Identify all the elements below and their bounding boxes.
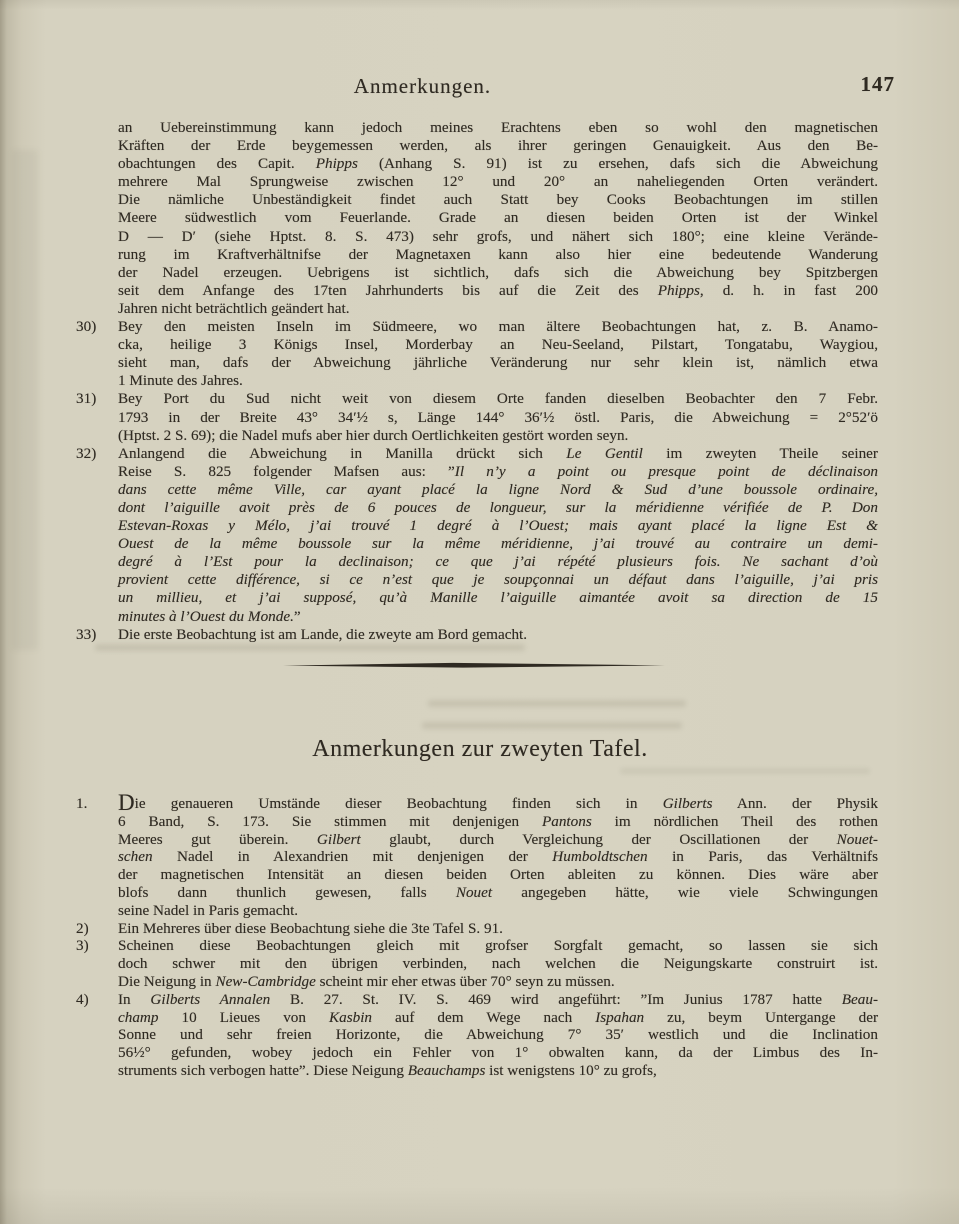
text-segment: D: [118, 790, 135, 815]
note-4: 4) In Gilberts Annalen B. 27. St. IV. S.…: [118, 991, 878, 1080]
text-segment: glaubt, durch Vergleichung der Oscillati…: [361, 831, 837, 848]
text-line: 6 Band, S. 173. Sie stimmen mit denjenig…: [118, 813, 878, 831]
text-segment: seine Nadel in Paris gemacht.: [118, 902, 298, 919]
text-segment: im nördlichen Theil des rothen: [592, 813, 878, 830]
italic-text: minutes à l’Ouest du Monde.: [118, 608, 294, 625]
text-segment: seit dem Anfange des 17ten Jahrhunderts …: [118, 282, 658, 299]
note-text: Bey den meisten Inseln im Südmeere, wo m…: [118, 318, 878, 390]
text-segment: rung im Kraftverhältnifse der Magnetaxen…: [118, 246, 878, 263]
text-line: degré à l’Est pour la declinaison; ce qu…: [118, 553, 878, 571]
text-segment: Anlangend die Abweichung in Manilla drüc…: [118, 445, 566, 462]
note-31: 31) Bey Port du Sud nicht weit von diese…: [118, 390, 878, 444]
text-line: Die erste Beobachtung ist am Lande, die …: [118, 626, 878, 644]
section-divider-rule: [283, 662, 665, 670]
text-segment: Kräften der Erde beygemessen werden, als…: [118, 137, 878, 154]
text-line: doch schwer mit den übrigen verbinden, n…: [118, 955, 878, 973]
show-through-smudge: [620, 768, 870, 774]
note-text: Scheinen diese Beobachtungen gleich mit …: [118, 937, 878, 990]
italic-text: provient cette différence, si ce n’est q…: [118, 571, 878, 588]
text-segment: angegeben hätte, wie viele Schwingungen: [492, 884, 878, 901]
text-segment: 1 Minute des Jahres.: [118, 372, 243, 389]
text-line: schen Nadel in Alexandrien mit denjenige…: [118, 848, 878, 866]
note-number: 32): [76, 445, 96, 463]
text-line: Meeres gut überein. Gilbert glaubt, durc…: [118, 831, 878, 849]
text-line: Ouest de la même boussole sur la même mé…: [118, 535, 878, 553]
italic-text: Phipps: [316, 155, 358, 172]
italic-text: Gilberts Annalen: [150, 991, 270, 1008]
text-line: mehrere Mal Sprungweise zwischen 12° und…: [118, 173, 878, 191]
text-segment: 1793 in der Breite 43° 34′½ s, Länge 144…: [118, 409, 878, 426]
text-line: (Hptst. 2 S. 69); die Nadel mufs aber hi…: [118, 427, 878, 445]
note-text: Ein Mehreres über diese Beobachtung sieh…: [118, 920, 878, 938]
text-line: Reise S. 825 folgender Mafsen aus: ”Il n…: [118, 463, 878, 481]
text-line: Bey Port du Sud nicht weit von diesem Or…: [118, 390, 878, 408]
italic-text: Il n’y a point ou presque point de décli…: [455, 463, 878, 480]
text-segment: der magnetischen Intensität an diesen be…: [118, 866, 878, 883]
text-line: Ein Mehreres über diese Beobachtung sieh…: [118, 920, 878, 938]
text-segment: Ein Mehreres über diese Beobachtung sieh…: [118, 920, 503, 937]
page-title: Anmerkungen.: [80, 74, 765, 99]
text-segment: auf dem Wege nach: [372, 1009, 595, 1026]
italic-text: un millieu, et j’ai supposé, qu’à Manill…: [118, 589, 878, 606]
italic-text: Ispahan: [595, 1009, 644, 1026]
text-segment: Die Neigung in: [118, 973, 215, 990]
italic-text: Phipps: [658, 282, 700, 299]
text-line: Die Neigung in New-Cambridge scheint mir…: [118, 973, 878, 991]
italic-text: Beau-: [842, 991, 878, 1008]
text-line: Kräften der Erde beygemessen werden, als…: [118, 137, 878, 155]
text-segment: Nadel in Alexandrien mit denjenigen der: [153, 848, 553, 865]
text-segment: mehrere Mal Sprungweise zwischen 12° und…: [118, 173, 878, 190]
italic-text: champ: [118, 1009, 159, 1026]
section-heading: Anmerkungen zur zweyten Tafel.: [80, 736, 880, 763]
note-number: 3): [76, 937, 89, 955]
text-line: In Gilberts Annalen B. 27. St. IV. S. 46…: [118, 991, 878, 1009]
text-line: un millieu, et j’ai supposé, qu’à Manill…: [118, 589, 878, 607]
text-segment: struments sich verbogen hatte”. Diese Ne…: [118, 1062, 408, 1079]
text-segment: cka, heilige 3 Königs Insel, Morderbay a…: [118, 336, 878, 353]
italic-text: dans cette même Ville, car ayant placé l…: [118, 481, 878, 498]
italic-text: Estevan-Roxas y Mélo, j’ai trouvé 1 degr…: [118, 517, 878, 534]
text-segment: Bey den meisten Inseln im Südmeere, wo m…: [118, 318, 878, 335]
italic-text: Gilberts: [663, 795, 713, 812]
italic-text: Pantons: [542, 813, 592, 830]
text-line: obachtungen des Capit. Phipps (Anhang S.…: [118, 155, 878, 173]
text-line: Estevan-Roxas y Mélo, j’ai trouvé 1 degr…: [118, 517, 878, 535]
text-segment: 6 Band, S. 173. Sie stimmen mit denjenig…: [118, 813, 542, 830]
text-line: der magnetischen Intensität an diesen be…: [118, 866, 878, 884]
italic-text: Le Gentil: [566, 445, 643, 462]
text-segment: ist wenigstens 10° zu grofs,: [485, 1062, 656, 1079]
note-2: 2) Ein Mehreres über diese Beobachtung s…: [118, 920, 878, 938]
italic-text: dont l’aiguille avoit près de 6 pouces d…: [118, 499, 878, 516]
show-through-smudge: [422, 722, 682, 729]
italic-text: Humboldtschen: [552, 848, 647, 865]
text-line: D — D′ (siehe Hptst. 8. S. 473) sehr gro…: [118, 228, 878, 246]
text-line: Scheinen diese Beobachtungen gleich mit …: [118, 937, 878, 955]
text-segment: Ann. der Physik: [713, 795, 879, 812]
text-line: Die nämliche Unbeständigkeit findet auch…: [118, 191, 878, 209]
text-line: 1793 in der Breite 43° 34′½ s, Länge 144…: [118, 409, 878, 427]
italic-text: Ouest de la même boussole sur la même mé…: [118, 535, 878, 552]
text-segment: ie genaueren Umstände dieser Beobachtung…: [135, 795, 663, 812]
note-text: Die erste Beobachtung ist am Lande, die …: [118, 626, 878, 644]
text-line: 56½° gefunden, wobey jedoch ein Fehler v…: [118, 1044, 878, 1062]
text-segment: blofs dann thunlich gewesen, falls: [118, 884, 456, 901]
text-segment: Reise S. 825 folgender Mafsen aus: ”: [118, 463, 455, 480]
text-segment: Die erste Beobachtung ist am Lande, die …: [118, 626, 527, 643]
text-line: dans cette même Ville, car ayant placé l…: [118, 481, 878, 499]
text-segment: Die nämliche Unbeständigkeit findet auch…: [118, 191, 878, 208]
italic-text: schen: [118, 848, 153, 865]
text-segment: obachtungen des Capit.: [118, 155, 316, 172]
text-line: minutes à l’Ouest du Monde.”: [118, 608, 878, 626]
italic-text: Kasbin: [329, 1009, 372, 1026]
show-through-smudge: [95, 644, 525, 651]
text-segment: Scheinen diese Beobachtungen gleich mit …: [118, 937, 878, 954]
text-segment: 10 Lieues von: [159, 1009, 329, 1026]
text-line: struments sich verbogen hatte”. Diese Ne…: [118, 1062, 878, 1080]
italic-text: Nouet: [456, 884, 492, 901]
text-segment: der Nadel erzeugen. Uebrigens ist sichtl…: [118, 264, 878, 281]
note-32: 32) Anlangend die Abweichung in Manilla …: [118, 445, 878, 626]
italic-text: Beauchamps: [408, 1062, 486, 1079]
note-number: 31): [76, 390, 96, 408]
text-segment: Meeres gut überein.: [118, 831, 317, 848]
note-text: Die genaueren Umstände dieser Beobachtun…: [118, 795, 878, 920]
note-3: 3) Scheinen diese Beobachtungen gleich m…: [118, 937, 878, 990]
text-line: seit dem Anfange des 17ten Jahrhunderts …: [118, 282, 878, 300]
note-number: 1.: [76, 795, 87, 813]
text-segment: an Uebereinstimmung kann jedoch meines E…: [118, 119, 878, 136]
text-segment: Jahren nicht beträchtlich geändert hat.: [118, 300, 350, 317]
italic-text: Gilbert: [317, 831, 361, 848]
text-segment: in Paris, das Verhältnifs: [648, 848, 878, 865]
page-number: 147: [861, 72, 896, 97]
text-line: Bey den meisten Inseln im Südmeere, wo m…: [118, 318, 878, 336]
text-segment: zu, beym Untergange der: [644, 1009, 878, 1026]
text-line: champ 10 Lieues von Kasbin auf dem Wege …: [118, 1009, 878, 1027]
book-page-scan: Anmerkungen. 147 an Uebereinstimmung kan…: [0, 0, 959, 1224]
notes-section-second: 1. Die genaueren Umstände dieser Beobach…: [118, 795, 878, 1080]
note-1: 1. Die genaueren Umstände dieser Beobach…: [118, 795, 878, 920]
text-line: Die genaueren Umstände dieser Beobachtun…: [118, 795, 878, 813]
notes-section-first: an Uebereinstimmung kann jedoch meines E…: [118, 119, 878, 644]
text-line: Meere südwestlich vom Feuerlande. Grade …: [118, 209, 878, 227]
text-segment: 56½° gefunden, wobey jedoch ein Fehler v…: [118, 1044, 878, 1061]
text-segment: (Hptst. 2 S. 69); die Nadel mufs aber hi…: [118, 427, 628, 444]
text-line: seine Nadel in Paris gemacht.: [118, 902, 878, 920]
text-segment: B. 27. St. IV. S. 469 wird angeführt: ”I…: [270, 991, 841, 1008]
text-segment: , d. h. in fast 200: [700, 282, 878, 299]
text-segment: Sonne und sehr freien Horizonte, die Abw…: [118, 1026, 878, 1043]
italic-text: New-Cambridge: [215, 973, 315, 990]
text-segment: In: [118, 991, 150, 1008]
note-number: 4): [76, 991, 89, 1009]
page-header: Anmerkungen. 147: [80, 74, 895, 104]
text-line: cka, heilige 3 Königs Insel, Morderbay a…: [118, 336, 878, 354]
text-segment: ”: [294, 608, 301, 625]
text-line: Jahren nicht beträchtlich geändert hat.: [118, 300, 878, 318]
text-line: sieht man, dafs der Abweichung jährliche…: [118, 354, 878, 372]
text-line: 1 Minute des Jahres.: [118, 372, 878, 390]
text-segment: im zweyten Theile seiner: [643, 445, 878, 462]
note-number: 30): [76, 318, 96, 336]
note-number: 33): [76, 626, 96, 644]
text-segment: sieht man, dafs der Abweichung jährliche…: [118, 354, 878, 371]
text-line: dont l’aiguille avoit près de 6 pouces d…: [118, 499, 878, 517]
text-segment: Meere südwestlich vom Feuerlande. Grade …: [118, 209, 878, 226]
text-line: Sonne und sehr freien Horizonte, die Abw…: [118, 1026, 878, 1044]
intro-paragraph: an Uebereinstimmung kann jedoch meines E…: [118, 119, 878, 318]
note-text: In Gilberts Annalen B. 27. St. IV. S. 46…: [118, 991, 878, 1080]
text-segment: scheint mir eher etwas über 70° seyn zu …: [316, 973, 615, 990]
show-through-smudge: [12, 150, 38, 650]
text-line: der Nadel erzeugen. Uebrigens ist sichtl…: [118, 264, 878, 282]
note-text: Anlangend die Abweichung in Manilla drüc…: [118, 445, 878, 626]
text-line: provient cette différence, si ce n’est q…: [118, 571, 878, 589]
text-line: an Uebereinstimmung kann jedoch meines E…: [118, 119, 878, 137]
text-segment: D — D′ (siehe Hptst. 8. S. 473) sehr gro…: [118, 228, 878, 245]
text-segment: doch schwer mit den übrigen verbinden, n…: [118, 955, 878, 972]
note-text: Bey Port du Sud nicht weit von diesem Or…: [118, 390, 878, 444]
note-number: 2): [76, 920, 89, 938]
text-segment: (Anhang S. 91) ist zu ersehen, dafs sich…: [358, 155, 878, 172]
italic-text: degré à l’Est pour la declinaison; ce qu…: [118, 553, 878, 570]
intro-text: an Uebereinstimmung kann jedoch meines E…: [118, 119, 878, 318]
text-line: Anlangend die Abweichung in Manilla drüc…: [118, 445, 878, 463]
note-33: 33) Die erste Beobachtung ist am Lande, …: [118, 626, 878, 644]
text-line: rung im Kraftverhältnifse der Magnetaxen…: [118, 246, 878, 264]
text-line: blofs dann thunlich gewesen, falls Nouet…: [118, 884, 878, 902]
italic-text: Nouet-: [837, 831, 878, 848]
show-through-smudge: [428, 700, 686, 707]
note-30: 30) Bey den meisten Inseln im Südmeere, …: [118, 318, 878, 390]
text-segment: Bey Port du Sud nicht weit von diesem Or…: [118, 390, 878, 407]
